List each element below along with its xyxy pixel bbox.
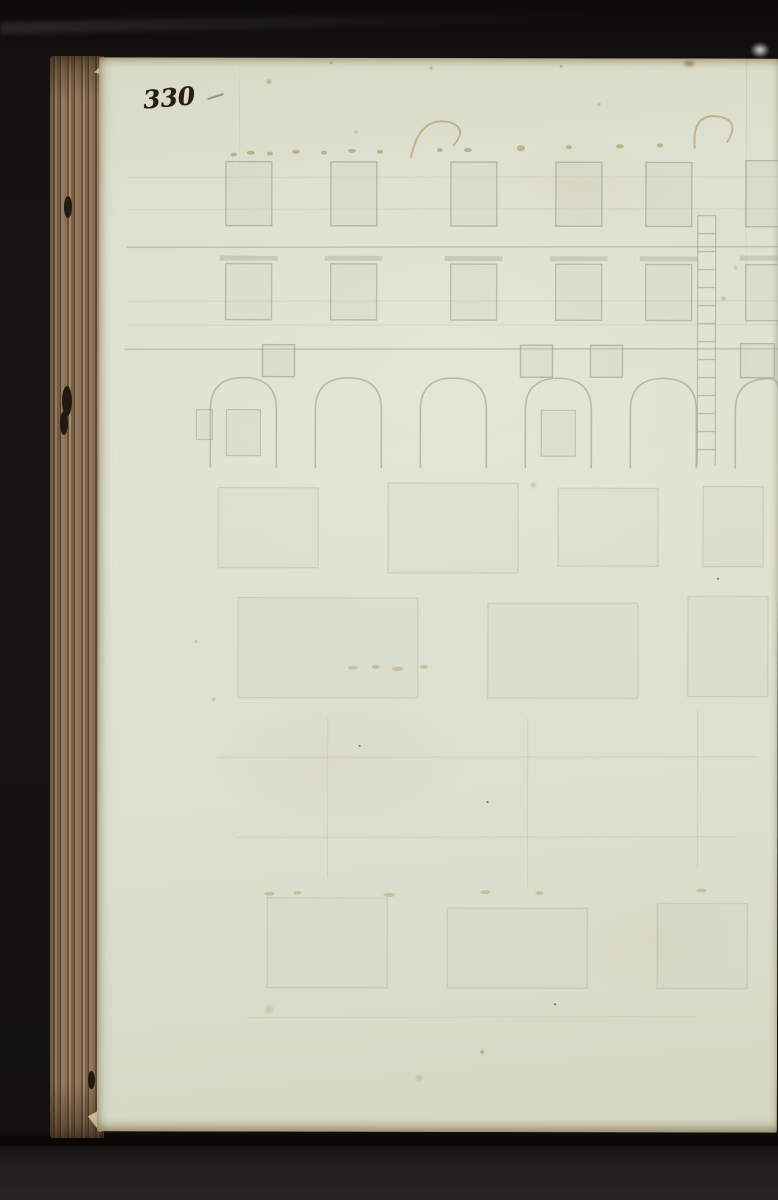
manuscript-page: 330 [97, 57, 778, 1132]
bleedthrough-flourish [411, 116, 733, 159]
paper-crease [239, 58, 240, 188]
folio-number: 330 [142, 81, 196, 114]
bleedthrough-handwriting-middle [264, 665, 706, 898]
foxing-stains [97, 57, 778, 1132]
pencil-dash-mark [207, 93, 224, 100]
background-glare-spot [750, 42, 770, 58]
paper-crease [745, 59, 747, 439]
book-cradle-surface [0, 1146, 778, 1200]
edge-stain [64, 196, 72, 218]
bleedthrough-handwriting-top [231, 143, 663, 158]
fore-edge-page-stack [50, 56, 104, 1138]
background-glare-streak [0, 10, 600, 35]
bleedthrough-facade-drawing [97, 57, 778, 1132]
photographed-book-scan: 330 [0, 0, 778, 1200]
edge-stain [60, 411, 68, 435]
edge-stain [88, 1071, 95, 1089]
